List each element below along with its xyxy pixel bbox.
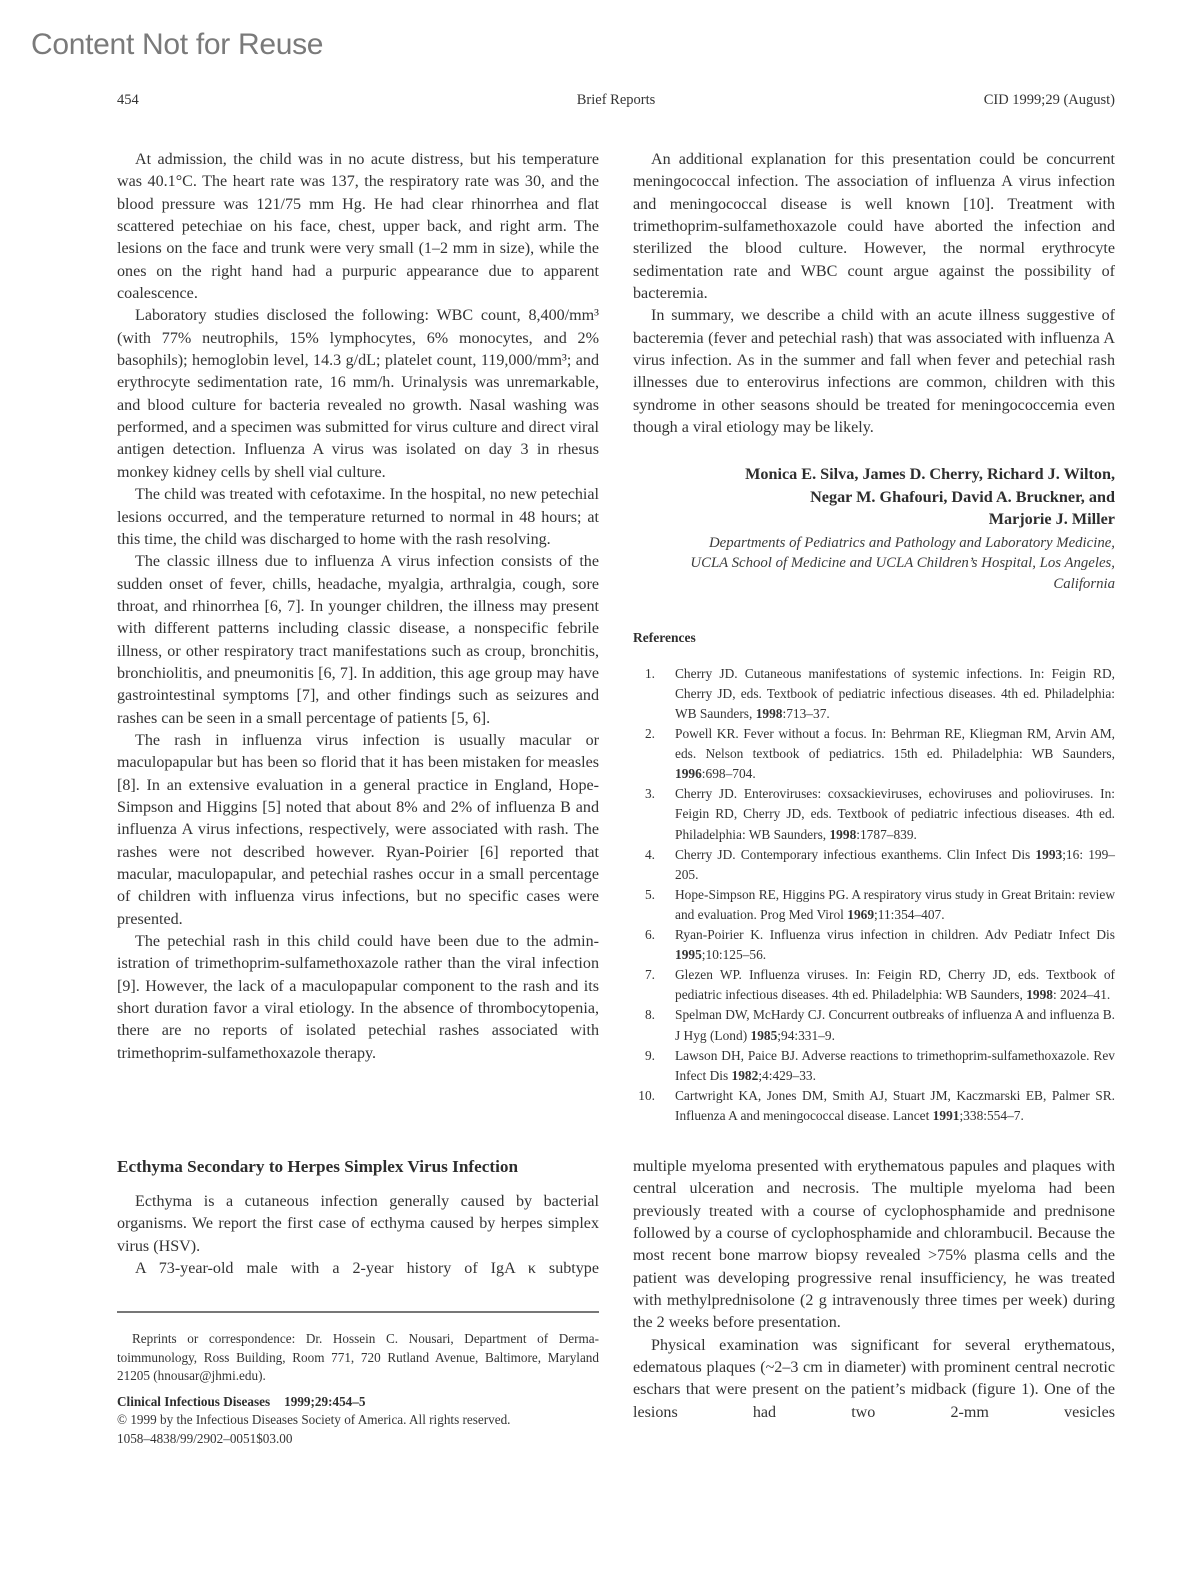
reference-item: 5.Hope-Simpson RE, Higgins PG. A respira… [633,885,1115,925]
author-line: Monica E. Silva, James D. Cherry, Richar… [633,463,1115,486]
section-name: Brief Reports [117,92,1115,109]
reference-item: 1.Cherry JD. Cutaneous manifestations of… [633,664,1115,724]
reference-item: 7.Glezen WP. Influenza viruses. In: Feig… [633,965,1115,1005]
paragraph: The child was treated with cefotaxime. I… [117,484,599,551]
author-line: Marjorie J. Miller [633,508,1115,531]
paragraph: Ecthyma is a cutaneous infection general… [117,1191,599,1258]
article1-left-column: At admission, the child was in no acute … [117,149,599,1065]
paragraph: The petechial rash in this child could h… [117,931,599,1065]
article1-right-column: An additional explanation for this prese… [633,149,1115,1126]
article-title: Ecthyma Secondary to Herpes Simplex Viru… [117,1156,599,1178]
affiliation-line: UCLA School of Medicine and UCLA Childre… [633,553,1115,574]
running-head: Brief Reports 454 CID 1999;29 (August) [117,92,1115,112]
article2-right-column: multiple myeloma presented with erythema… [633,1156,1115,1424]
footnote: Reprints or correspondence: Dr. Hossein … [117,1330,599,1449]
paragraph: multiple myeloma presented with erythema… [633,1156,1115,1335]
reference-item: 4.Cherry JD. Contemporary infectious exa… [633,845,1115,885]
paragraph: The classic illness due to influenza A v… [117,551,599,730]
author-list: Monica E. Silva, James D. Cherry, Richar… [633,463,1115,531]
paragraph: A 73-year-old male with a 2-year history… [117,1258,599,1280]
paragraph: In summary, we describe a child with an … [633,305,1115,439]
paragraph: At admission, the child was in no acute … [117,149,599,305]
paragraph: Laboratory studies disclosed the followi… [117,305,599,484]
paragraph: The rash in influenza virus infection is… [117,730,599,931]
references-heading: References [633,627,1115,649]
author-line: Negar M. Ghafouri, David A. Bruckner, an… [633,486,1115,509]
article-code: 1058–4838/99/2902–0051$03.00 [117,1430,599,1449]
affiliation-line: California [633,574,1115,595]
paragraph: Physical examination was significant for… [633,1335,1115,1424]
copyright-line: © 1999 by the Infectious Diseases Societ… [117,1411,599,1430]
article2-left-column: Ecthyma Secondary to Herpes Simplex Viru… [117,1156,599,1280]
reference-item: 9.Lawson DH, Paice BJ. Adverse reactions… [633,1046,1115,1086]
affiliation-line: Departments of Pediatrics and Pathology … [633,533,1115,554]
watermark: Content Not for Reuse [31,28,323,62]
journal-citation: Clinical Infectious Diseases1999;29:454–… [117,1393,599,1412]
reference-item: 2.Powell KR. Fever without a focus. In: … [633,724,1115,784]
reference-item: 6.Ryan-Poirier K. Influenza virus infect… [633,925,1115,965]
reference-item: 8.Spelman DW, McHardy CJ. Concurrent out… [633,1005,1115,1045]
affiliation: Departments of Pediatrics and Pathology … [633,533,1115,595]
reference-item: 3.Cherry JD. Enteroviruses: coxsackievir… [633,784,1115,844]
reference-list: 1.Cherry JD. Cutaneous manifestations of… [633,664,1115,1126]
paragraph: An additional explanation for this prese… [633,149,1115,305]
journal-issue: CID 1999;29 (August) [984,92,1115,109]
footnote-divider [117,1311,599,1313]
page-number: 454 [117,92,139,109]
reference-item: 10.Cartwright KA, Jones DM, Smith AJ, St… [633,1086,1115,1126]
correspondence-note: Reprints or correspondence: Dr. Hossein … [117,1330,599,1386]
